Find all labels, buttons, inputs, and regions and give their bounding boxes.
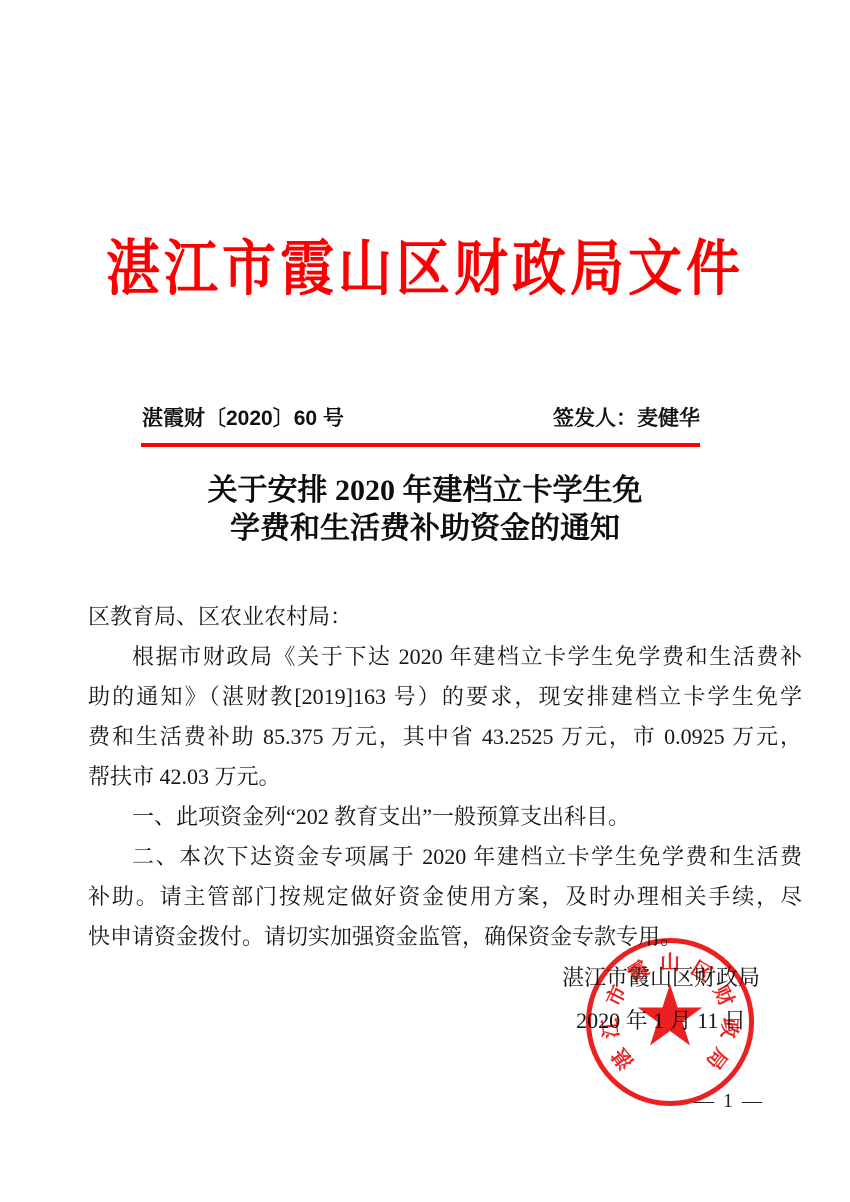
- body-line: 二、本次下达资金专项属于 2020 年建档立卡学生免学费和生活费: [88, 837, 802, 877]
- body-line: 一、此项资金列“202 教育支出”一般预算支出科目。: [88, 797, 802, 837]
- body-line: 帮扶市 42.03 万元。: [88, 757, 802, 797]
- document-title: 关于安排 2020 年建档立卡学生免 学费和生活费补助资金的通知: [0, 472, 850, 548]
- issuer-name: 签发人：麦健华: [553, 402, 700, 432]
- document-number: 湛霞财〔2020〕60 号: [142, 402, 344, 432]
- document-title-line1: 关于安排 2020 年建档立卡学生免: [0, 472, 850, 510]
- official-seal: 湛江市霞山区财政局: [586, 938, 754, 1106]
- docnum-row: 湛霞财〔2020〕60 号 签发人：麦健华: [142, 403, 700, 431]
- document-title-line2: 学费和生活费补助资金的通知: [0, 510, 850, 548]
- agency-masthead: 湛江市霞山区财政局文件: [0, 234, 850, 303]
- page-number: — 1 —: [694, 1090, 764, 1113]
- body-line: 根据市财政局《关于下达 2020 年建档立卡学生免学费和生活费补: [88, 637, 802, 677]
- document-body: 区教育局、区农业农村局： 根据市财政局《关于下达 2020 年建档立卡学生免学费…: [88, 597, 802, 957]
- body-line: 费和生活费补助 85.375 万元，其中省 43.2525 万元，市 0.092…: [88, 717, 802, 757]
- body-line: 区教育局、区农业农村局：: [88, 597, 802, 637]
- red-divider-rule: [141, 443, 700, 447]
- seal-arc-text: 湛江市霞山区财政局: [591, 943, 749, 1101]
- body-line: 补助。请主管部门按规定做好资金使用方案，及时办理相关手续，尽: [88, 877, 802, 917]
- document-page: 湛江市霞山区财政局文件 湛霞财〔2020〕60 号 签发人：麦健华 关于安排 2…: [0, 0, 850, 1202]
- body-line: 助的通知》（湛财教[2019]163 号）的要求，现安排建档立卡学生免学: [88, 677, 802, 717]
